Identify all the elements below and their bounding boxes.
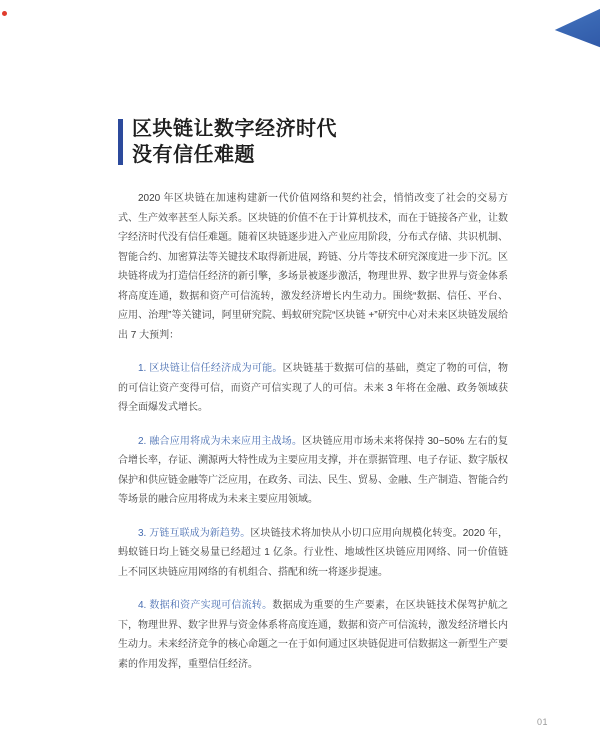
- prediction-1-lead: 1. 区块链让信任经济成为可能。: [138, 363, 283, 374]
- prediction-paragraph-3: 3. 万链互联成为新趋势。区块链技术将加快从小切口应用向规模化转变。2020 年…: [118, 524, 508, 583]
- red-dot-marker: [2, 11, 7, 16]
- page-content: 区块链让数字经济时代 没有信任难题 2020 年区块链在加速构建新一代价值网络和…: [118, 116, 508, 688]
- body-text: 2020 年区块链在加速构建新一代价值网络和契约社会，悄悄改变了社会的交易方式、…: [118, 189, 508, 674]
- intro-paragraph: 2020 年区块链在加速构建新一代价值网络和契约社会，悄悄改变了社会的交易方式、…: [118, 189, 508, 345]
- page-title-line-1: 区块链让数字经济时代: [132, 116, 337, 142]
- page-title: 区块链让数字经济时代 没有信任难题: [132, 116, 337, 168]
- prediction-paragraph-2: 2. 融合应用将成为未来应用主战场。区块链应用市场未来将保持 30~50% 左右…: [118, 432, 508, 510]
- prediction-4-lead: 4. 数据和资产实现可信流转。: [138, 600, 272, 611]
- page-title-block: 区块链让数字经济时代 没有信任难题: [118, 116, 508, 168]
- blue-arrow-logo-icon: [548, 5, 600, 53]
- page-number: 01: [537, 717, 548, 727]
- prediction-2-lead: 2. 融合应用将成为未来应用主战场。: [138, 436, 302, 447]
- prediction-paragraph-4: 4. 数据和资产实现可信流转。数据成为重要的生产要素，在区块链技术保驾护航之下，…: [118, 596, 508, 674]
- prediction-paragraph-1: 1. 区块链让信任经济成为可能。区块链基于数据可信的基础，奠定了物的可信，物的可…: [118, 359, 508, 418]
- corner-logo: [548, 5, 600, 53]
- heading-accent-bar: [118, 119, 123, 165]
- prediction-3-lead: 3. 万链互联成为新趋势。: [138, 528, 250, 539]
- page-title-line-2: 没有信任难题: [132, 142, 337, 168]
- document-page: 区块链让数字经济时代 没有信任难题 2020 年区块链在加速构建新一代价值网络和…: [0, 0, 600, 748]
